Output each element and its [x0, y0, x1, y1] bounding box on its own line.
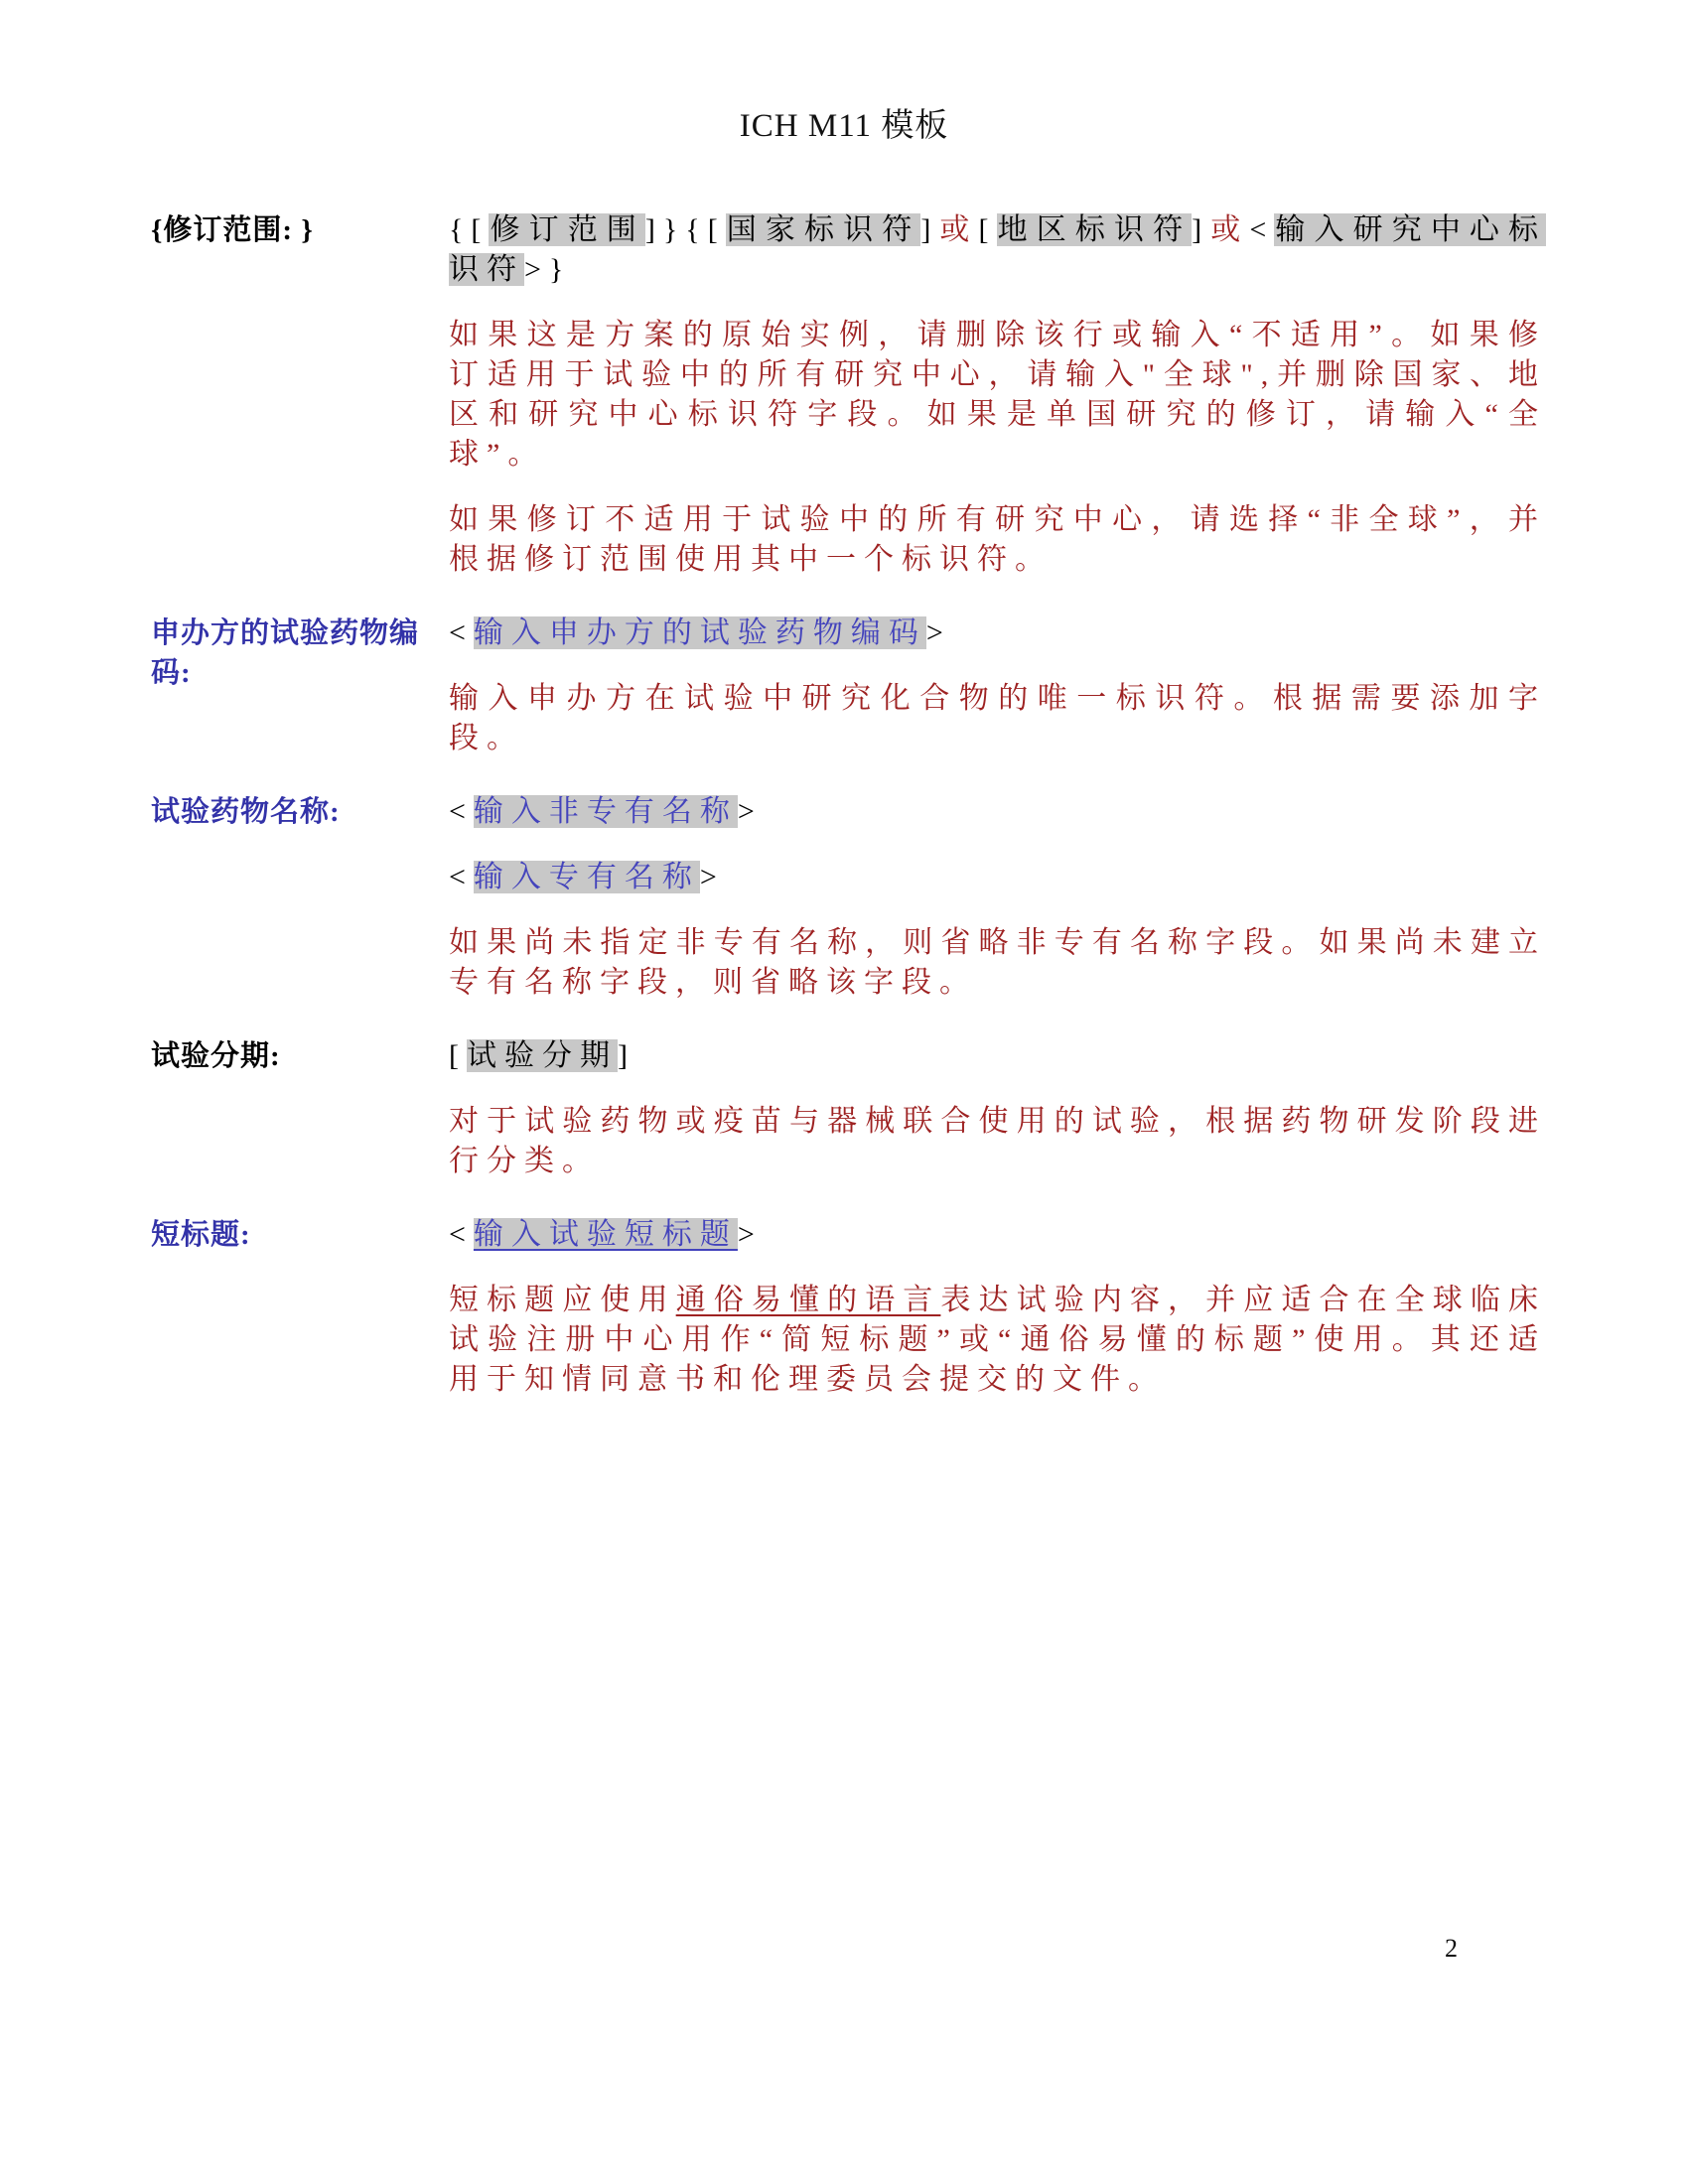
text-segment: >}: [524, 253, 571, 286]
text-segment: <: [449, 616, 474, 649]
instruction-paragraph: 输入申办方在试验中研究化合物的唯一标识符。根据需要添加字段。: [449, 679, 1546, 758]
text-segment: 输入申办方在试验中研究化合物的唯一标识符。根据需要添加字段。: [449, 682, 1546, 754]
field-label-trial-phase: 试验分期:: [151, 1036, 449, 1076]
text-segment: 地区标识符: [997, 213, 1193, 246]
text-segment: <: [1249, 213, 1274, 246]
field-value-column: <输入非专有名称> <输入专有名称> 如果尚未指定非专有名称，则省略非专有名称字…: [449, 792, 1546, 1028]
page-number: 2: [1445, 1934, 1458, 1964]
field-value-proprietary-name[interactable]: <输入专有名称>: [449, 858, 1546, 897]
field-value-column: [试验分期] 对于试验药物或疫苗与器械联合使用的试验，根据药物研发阶段进行分类。: [449, 1036, 1546, 1207]
field-value-column: <输入申办方的试验药物编码> 输入申办方在试验中研究化合物的唯一标识符。根据需要…: [449, 614, 1546, 784]
text-segment: ]: [1192, 213, 1209, 246]
field-value-sponsor-drug-code[interactable]: <输入申办方的试验药物编码>: [449, 614, 1546, 653]
instruction-paragraph: 如果这是方案的原始实例，请删除该行或输入“不适用”。如果修订适用于试验中的所有研…: [449, 316, 1546, 475]
text-segment: 短标题应使用: [449, 1284, 676, 1316]
field-value-nonproprietary-name[interactable]: <输入非专有名称>: [449, 792, 1546, 832]
field-label-drug-name: 试验药物名称:: [151, 792, 449, 832]
field-label-short-title: 短标题:: [151, 1215, 449, 1255]
text-segment: >: [738, 795, 763, 828]
field-value-short-title[interactable]: <输入试验短标题>: [449, 1215, 1546, 1255]
text-segment: {[: [449, 213, 489, 246]
document-title: ICH M11 模板: [0, 99, 1688, 146]
text-segment: ]: [920, 213, 938, 246]
text-segment: [: [979, 213, 997, 246]
field-value-column: <输入试验短标题> 短标题应使用通俗易懂的语言表达试验内容，并应适合在全球临床试…: [449, 1215, 1546, 1426]
text-segment: 输入专有名称: [474, 861, 700, 893]
text-segment: [: [449, 1039, 467, 1072]
text-segment: <: [449, 795, 474, 828]
text-segment: >: [926, 616, 951, 649]
field-row-sponsor-drug-code: 申办方的试验药物编码: <输入申办方的试验药物编码> 输入申办方在试验中研究化合…: [151, 614, 1551, 784]
field-label-sponsor-drug-code: 申办方的试验药物编码:: [151, 614, 449, 693]
text-segment: 对于试验药物或疫苗与器械联合使用的试验，根据药物研发阶段进行分类。: [449, 1105, 1546, 1177]
field-value-revision-scope[interactable]: {[修订范围]}{[国家标识符]或[地区标识符]或<输入研究中心标识符>}: [449, 210, 1546, 290]
field-row-revision-scope: {修订范围: } {[修订范围]}{[国家标识符]或[地区标识符]或<输入研究中…: [151, 210, 1551, 606]
text-segment: <: [449, 1218, 474, 1251]
instruction-paragraph: 如果修订不适用于试验中的所有研究中心，请选择“非全球”，并根据修订范围使用其中一…: [449, 500, 1546, 580]
document-body: {修订范围: } {[修订范围]}{[国家标识符]或[地区标识符]或<输入研究中…: [151, 210, 1551, 1433]
field-label-revision-scope: {修订范围: }: [151, 210, 449, 250]
text-segment: 输入试验短标题: [474, 1218, 738, 1251]
text-segment: ]}{[: [645, 213, 726, 246]
text-segment: 或: [1209, 213, 1249, 246]
text-segment: 试验分期: [467, 1039, 618, 1072]
document-page: ICH M11 模板 {修订范围: } {[修订范围]}{[国家标识符]或[地区…: [0, 0, 1688, 2184]
field-row-drug-name: 试验药物名称: <输入非专有名称> <输入专有名称> 如果尚未指定非专有名称，则…: [151, 792, 1551, 1028]
field-row-short-title: 短标题: <输入试验短标题> 短标题应使用通俗易懂的语言表达试验内容，并应适合在…: [151, 1215, 1551, 1426]
text-segment: 通俗易懂的语言: [676, 1284, 941, 1316]
text-segment: 国家标识符: [726, 213, 921, 246]
text-segment: 或: [938, 213, 978, 246]
instruction-paragraph: 对于试验药物或疫苗与器械联合使用的试验，根据药物研发阶段进行分类。: [449, 1102, 1546, 1181]
field-row-trial-phase: 试验分期: [试验分期] 对于试验药物或疫苗与器械联合使用的试验，根据药物研发阶…: [151, 1036, 1551, 1207]
text-segment: >: [738, 1218, 763, 1251]
text-segment: 如果这是方案的原始实例，请删除该行或输入“不适用”。如果修订适用于试验中的所有研…: [449, 319, 1546, 471]
field-value-trial-phase[interactable]: [试验分期]: [449, 1036, 1546, 1076]
text-segment: 如果尚未指定非专有名称，则省略非专有名称字段。如果尚未建立专有名称字段，则省略该…: [449, 926, 1546, 999]
field-value-column: {[修订范围]}{[国家标识符]或[地区标识符]或<输入研究中心标识符>} 如果…: [449, 210, 1546, 606]
instruction-paragraph: 短标题应使用通俗易懂的语言表达试验内容，并应适合在全球临床试验注册中心用作“简短…: [449, 1281, 1546, 1400]
text-segment: ]: [618, 1039, 635, 1072]
text-segment: 如果修订不适用于试验中的所有研究中心，请选择“非全球”，并根据修订范围使用其中一…: [449, 503, 1546, 576]
text-segment: 修订范围: [489, 213, 645, 246]
text-segment: 输入非专有名称: [474, 795, 738, 828]
text-segment: >: [700, 861, 725, 893]
text-segment: 输入申办方的试验药物编码: [474, 616, 926, 649]
text-segment: <: [449, 861, 474, 893]
instruction-paragraph: 如果尚未指定非专有名称，则省略非专有名称字段。如果尚未建立专有名称字段，则省略该…: [449, 923, 1546, 1003]
